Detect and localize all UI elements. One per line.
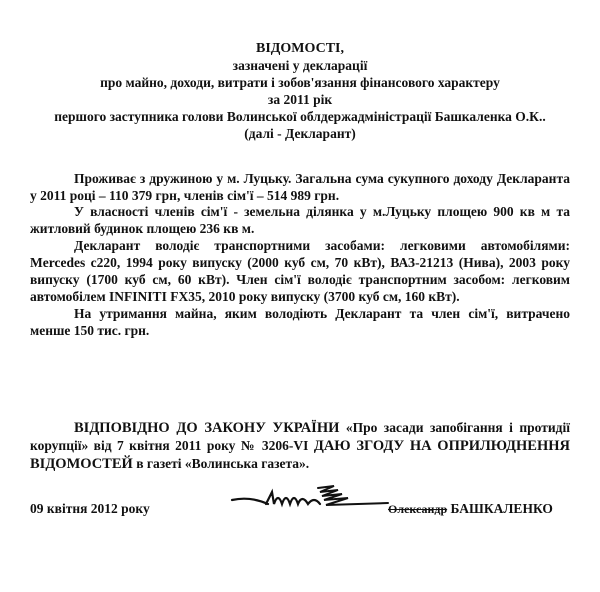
signature-icon <box>230 478 390 523</box>
heading-line-4: першого заступника голови Волинської обл… <box>0 108 600 125</box>
signer-name: Олександр БАШКАЛЕНКО <box>388 501 553 517</box>
paragraph-expenses: На утримання майна, яким володіють Декла… <box>30 305 570 339</box>
heading-line-3: за 2011 рік <box>0 91 600 108</box>
heading-line-2: про майно, доходи, витрати і зобов'язанн… <box>0 74 600 91</box>
paragraph-property: У власності членів сім'ї - земельна діля… <box>30 203 570 237</box>
heading-line-1: зазначені у декларації <box>0 57 600 74</box>
signing-date: 09 квітня 2012 року <box>30 501 150 517</box>
consent-statement: ВІДПОВІДНО ДО ЗАКОНУ УКРАЇНИ «Про засади… <box>30 419 570 473</box>
paragraph-vehicles: Декларант володіє транспортними засобами… <box>30 237 570 305</box>
paragraph-income: Проживає з дружиною у м. Луцьку. Загальн… <box>30 170 570 204</box>
heading-line-5: (далі - Декларант) <box>0 125 600 142</box>
declaration-page: ВІДОМОСТІ, зазначені у декларації про ма… <box>0 0 600 592</box>
signer-first-name: Олександр <box>388 502 447 516</box>
signer-last-name: БАШКАЛЕНКО <box>451 501 553 516</box>
document-title: ВІДОМОСТІ, <box>0 40 600 57</box>
